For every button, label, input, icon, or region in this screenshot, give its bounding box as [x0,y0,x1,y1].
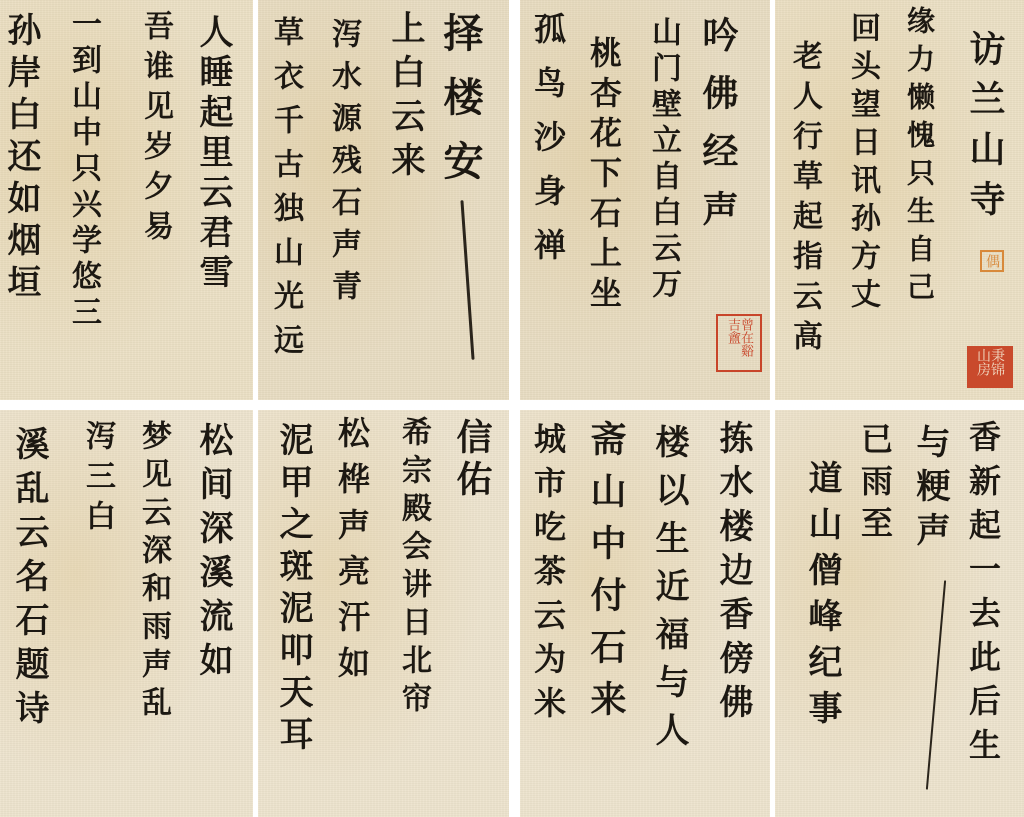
calligraphy-column: 希宗殿会讲日北帘 [398,416,428,720]
leaf-row1-col1: 人睡起里云君雪 吾谁见岁夕易 一到山中只兴学悠三 孙岸白还如烟垣 [0,0,253,400]
calligraphy-column: 泻三白 [82,420,112,540]
brush-trail [926,580,946,789]
calligraphy-column: 松桦声亮汗如 [336,416,368,692]
leaf-row1-col2: 择楼安 上白云来 泻水源残石声青 草衣千古独山光远 [258,0,509,400]
calligraphy-column: 孤鸟沙身禅 [532,12,564,282]
leaf-row2-col4: 香新起一去此后生 与粳声 已雨至 道山僧峰纪事 [775,410,1024,817]
calligraphy-column: 草衣千古独山光远 [270,16,300,368]
calligraphy-column: 泻水源残石声青 [328,18,358,312]
calligraphy-column: 拣水楼边香傍佛 [716,420,750,728]
calligraphy-column: 吾谁见岁夕易 [140,10,170,250]
collector-seal: 曾在谿吉盦 [716,314,762,372]
calligraphy-column: 梦见云深和雨声乱 [138,420,168,724]
calligraphy-column: 访兰山寺 [967,30,1003,230]
leaf-row2-col1: 松间深溪流如 梦见云深和雨声乱 泻三白 溪乱云名石题诗 [0,410,253,817]
calligraphy-column: 老人行草起指云高 [789,40,819,360]
leaf-row1-col3: 吟佛经声 山门壁立自白云万 桃杏花下石上坐 孤鸟沙身禅 曾在谿吉盦 [520,0,770,400]
leaf-row2-col2: 信佑 希宗殿会讲日北帘 松桦声亮汗如 泥甲之斑泥叩天耳 [258,410,509,817]
leaf-row1-col4: 访兰山寺 缘力懒愧只生自己 回头望日讯孙方丈 老人行草起指云高 偶 秉锦山房 [775,0,1024,400]
calligraphy-column: 回头望日讯孙方丈 [847,12,877,316]
calligraphy-column: 松间深溪流如 [196,422,230,686]
calligraphy-column: 楼以生近福与人 [652,424,686,760]
calligraphy-column: 桃杏花下石上坐 [588,36,620,316]
brush-trail [460,200,474,360]
calligraphy-column: 信佑 [454,418,490,502]
seal-orange: 偶 [980,250,1004,272]
calligraphy-column: 择楼安 [440,12,480,204]
calligraphy-column: 已雨至 [859,422,891,548]
calligraphy-column: 山门壁立自白云万 [648,16,678,304]
calligraphy-column: 缘力懒愧只生自己 [905,6,933,310]
leaf-row2-col3: 拣水楼边香傍佛 楼以生近福与人 斋山中付石来 城市吃茶云为米 [520,410,770,817]
calligraphy-column: 斋山中付石来 [588,420,624,732]
calligraphy-column: 与粳声 [913,424,947,556]
calligraphy-column: 泥甲之斑泥叩天耳 [276,422,310,758]
calligraphy-column: 城市吃茶云为米 [532,422,564,730]
calligraphy-album-sheet: 人睡起里云君雪 吾谁见岁夕易 一到山中只兴学悠三 孙岸白还如烟垣 择楼安 上白云… [0,0,1024,817]
calligraphy-column: 孙岸白还如烟垣 [4,12,38,306]
calligraphy-column: 溪乱云名石题诗 [12,426,46,734]
calligraphy-column: 一到山中只兴学悠三 [68,8,98,332]
calligraphy-column: 人睡起里云君雪 [196,14,230,294]
calligraphy-column: 道山僧峰纪事 [805,460,839,736]
artist-seal: 秉锦山房 [967,346,1013,388]
calligraphy-column: 上白云来 [388,10,422,186]
calligraphy-column: 吟佛经声 [700,16,736,248]
calligraphy-column: 香新起一去此后生 [967,420,999,772]
